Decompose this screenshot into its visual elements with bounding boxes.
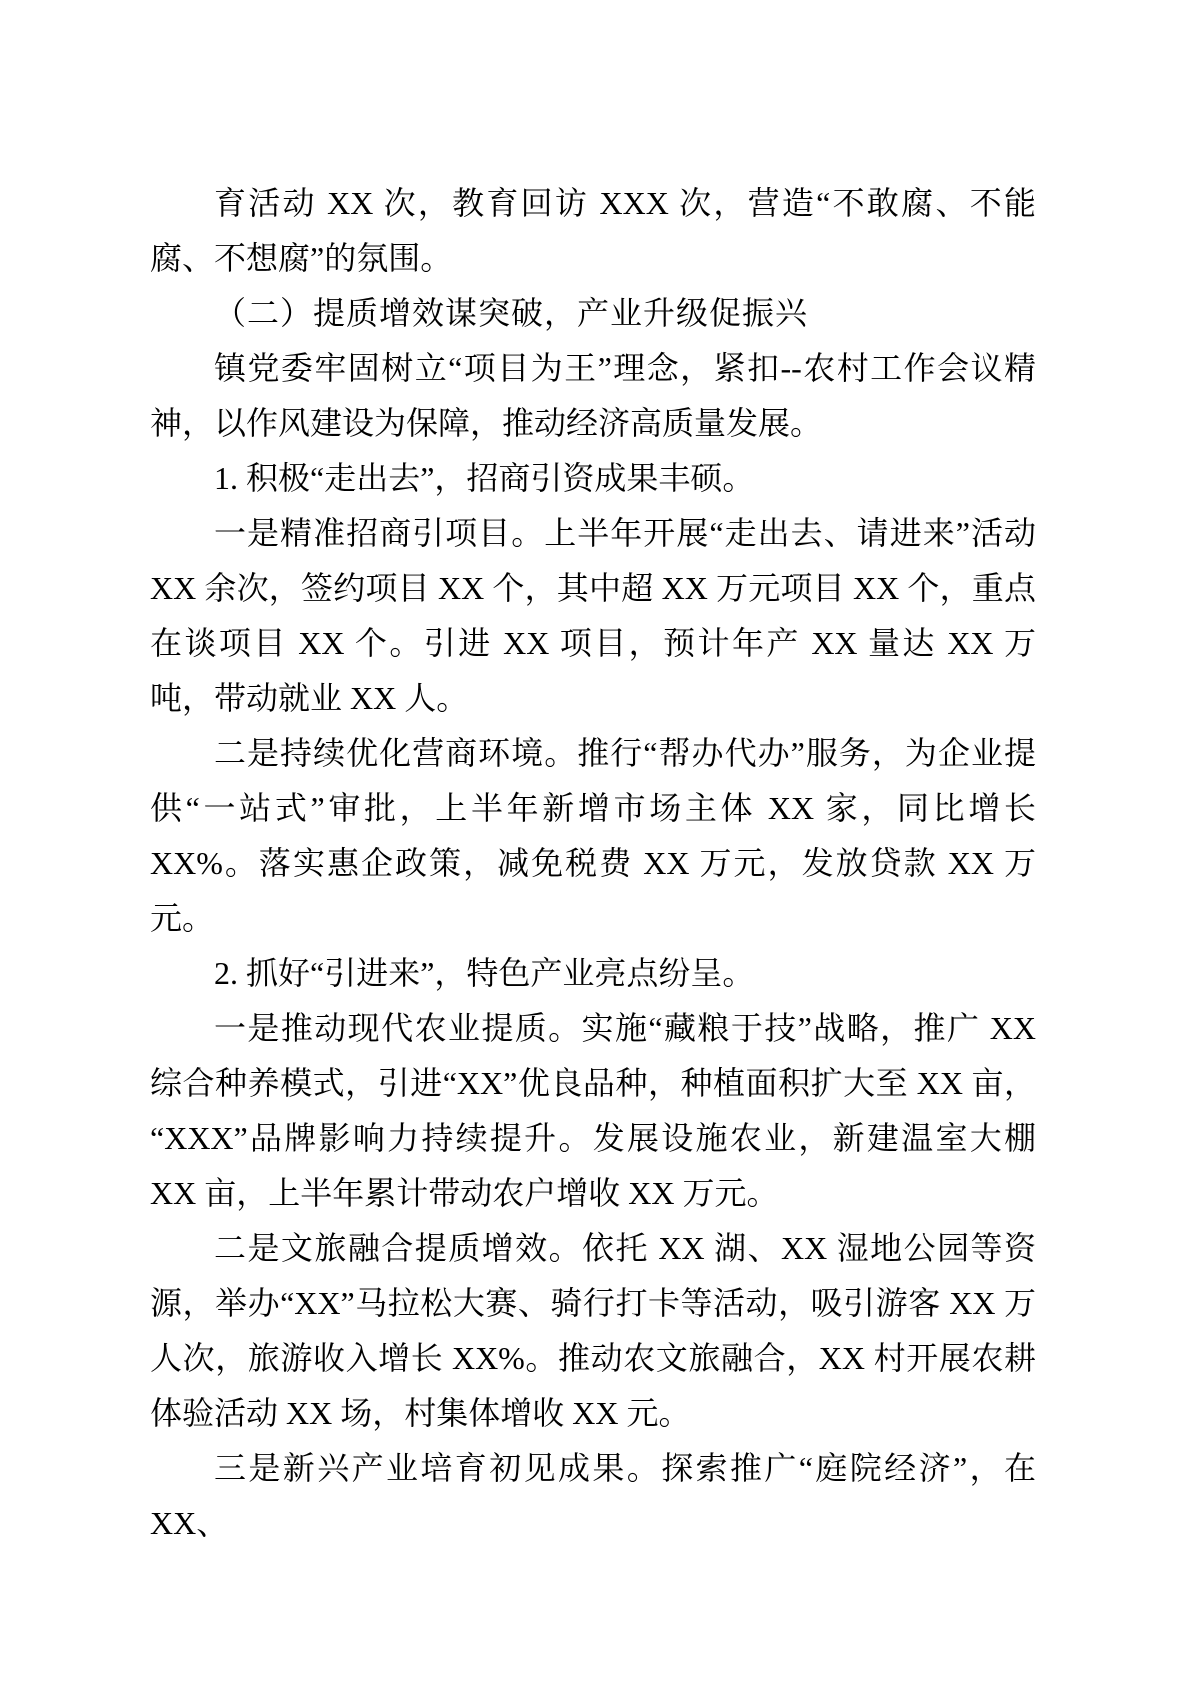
document-body: 育活动 XX 次，教育回访 XXX 次，营造“不敢腐、不能腐、不想腐”的氛围。 … [150,176,1036,1551]
document-page: 育活动 XX 次，教育回访 XXX 次，营造“不敢腐、不能腐、不想腐”的氛围。 … [0,0,1190,1683]
body-paragraph: 一是推动现代农业提质。实施“藏粮于技”战略，推广 XX 综合种养模式，引进“XX… [150,1001,1036,1221]
body-paragraph-truncated: 三是新兴产业培育初见成果。探索推广“庭院经济”，在 XX、 [150,1441,1036,1551]
body-paragraph: 二是文旅融合提质增效。依托 XX 湖、XX 湿地公园等资源，举办“XX”马拉松大… [150,1221,1036,1441]
subsection-heading-2: 2. 抓好“引进来”，特色产业亮点纷呈。 [150,946,1036,1001]
subsection-heading-1: 1. 积极“走出去”，招商引资成果丰硕。 [150,451,1036,506]
section-heading: （二）提质增效谋突破，产业升级促振兴 [150,286,1036,341]
body-paragraph-continuation: 育活动 XX 次，教育回访 XXX 次，营造“不敢腐、不能腐、不想腐”的氛围。 [150,176,1036,286]
body-paragraph: 一是精准招商引项目。上半年开展“走出去、请进来”活动 XX 余次，签约项目 XX… [150,506,1036,726]
body-paragraph: 二是持续优化营商环境。推行“帮办代办”服务，为企业提供“一站式”审批，上半年新增… [150,726,1036,946]
body-paragraph: 镇党委牢固树立“项目为王”理念，紧扣--农村工作会议精神，以作风建设为保障，推动… [150,341,1036,451]
